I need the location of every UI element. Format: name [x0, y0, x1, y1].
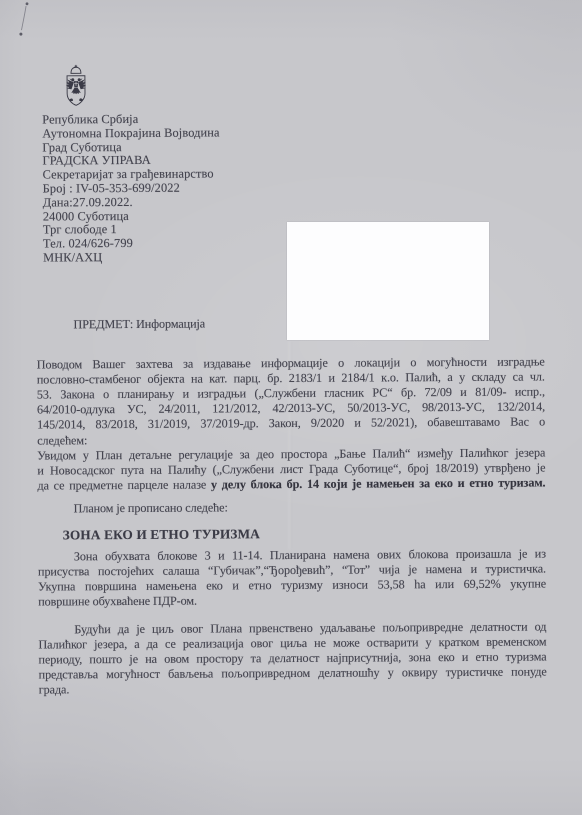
letterhead-line: МНК/АХЦ [43, 250, 220, 265]
scan-content: Република СрбијаАутономна Покрајина Војв… [0, 0, 582, 815]
paragraph-zone-description: Зона обухвата блокове 3 и 11-14. Планира… [38, 547, 546, 610]
letter-body: ПРЕДМЕТ: Информација Поводом Вашег захте… [36, 314, 546, 697]
letterhead-line: Аутономна Покрајина Војводина [42, 126, 219, 141]
letterhead-line: 24000 Суботица [43, 209, 220, 224]
section-heading: ЗОНА ЕКО И ЕТНО ТУРИЗМА [38, 524, 546, 542]
text-run: ЗОНА ЕКО И ЕТНО ТУРИЗМА [63, 526, 260, 542]
text-run: 53. Закона о планирању и изградњи („Служ… [37, 385, 545, 402]
text-line: да се предметне парцеле налазе у делу бл… [37, 475, 545, 493]
text-run: Будући да је циљ овог Плана првенствено … [74, 619, 546, 636]
scanned-document-page: Република СрбијаАутономна Покрајина Војв… [0, 0, 582, 815]
text-run: површине обухваћене ПДР-ом. [38, 594, 197, 609]
text-run: пословно-стамбеног објекта на кат. парц.… [37, 370, 545, 387]
text-line: 145/2014, 83/2018, 31/2019, 37/2019-др. … [37, 415, 545, 433]
text-run: следећем: [37, 433, 87, 447]
text-run: и Новосадског пута на Палићу („Службени … [37, 460, 545, 477]
paragraph-plan-goal: Будући да је циљ овог Плана првенствено … [38, 619, 546, 698]
text-line: површине обухваћене ПДР-ом. [38, 592, 546, 610]
paragraph-finding: Увидом у План детаљне регулације за део … [37, 445, 545, 493]
text-run: Палићког језера, а да се реализација ово… [38, 634, 546, 651]
paragraph-intro: Поводом Вашег захтева за издавање информ… [37, 355, 546, 449]
serbia-coat-of-arms-icon [59, 63, 93, 113]
text-run: Поводом Вашег захтева за издавање информ… [37, 355, 545, 372]
text-run: града. [39, 682, 70, 696]
text-run: Увидом у План детаљне регулације за део … [37, 445, 545, 462]
text-line: ЗОНА ЕКО И ЕТНО ТУРИЗМА [38, 524, 546, 542]
text-run: Укупна површина намењена еко и етно тури… [38, 577, 546, 594]
text-run: Зона обухвата блокове 3 и 11-14. Планира… [74, 547, 546, 564]
text-line: града. [39, 679, 547, 697]
text-line: представља могућност бављења пољопривред… [39, 664, 547, 682]
redaction-box [287, 222, 489, 340]
text-run: 145/2014, 83/2018, 31/2019, 37/2019-др. … [37, 415, 545, 432]
letterhead: Република СрбијаАутономна Покрајина Војв… [42, 112, 220, 265]
text-line: Планом је прописано следеће: [38, 498, 546, 516]
text-run: да се предметне парцеле налазе [37, 477, 211, 492]
text-run: 64/2010-одлука УС, 24/2011, 121/2012, 42… [37, 400, 545, 417]
letterhead-line: Тел. 024/626-799 [43, 237, 220, 252]
bold-text-run: у делу блока бр. 14 који је намењен за е… [211, 475, 546, 491]
letterhead-line: Дана:27.09.2022. [43, 195, 220, 210]
paragraph-plan-note: Планом је прописано следеће: [38, 498, 546, 516]
text-run: Планом је прописано следеће: [74, 500, 228, 515]
text-run: представља могућност бављења пољопривред… [39, 664, 547, 681]
text-run: периоду, пошто је на овом простору та де… [38, 649, 546, 666]
pen-mark [0, 1, 49, 46]
paragraphs-container: Поводом Вашег захтева за издавање информ… [37, 355, 547, 698]
text-run: присуства постојећих салаша “Губичак”,“Ђ… [38, 562, 546, 579]
